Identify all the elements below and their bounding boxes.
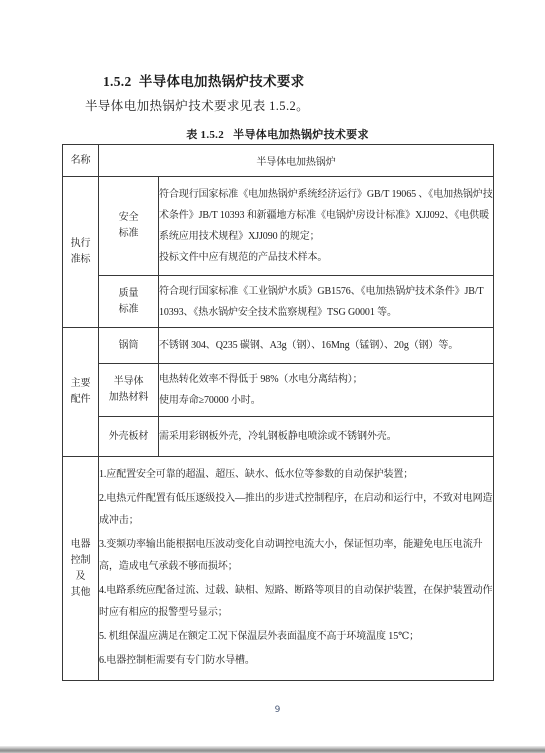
page-number: 9 <box>62 705 493 715</box>
paragraph: 符合现行国家标准《工业锅炉水质》GB1576、《电加热锅炉技术条件》JB/T 1… <box>159 281 493 323</box>
row-heating-material: 半导体 加热材料 电热转化效率不得低于 98%（水电分离结构）； 使用寿命≥70… <box>63 364 494 417</box>
cell-quality-standard-content: 符合现行国家标准《工业锅炉水质》GB1576、《电加热锅炉技术条件》JB/T 1… <box>159 276 494 328</box>
list-item: 6.电器控制柜需要有专门防水导槽。 <box>99 650 493 672</box>
row-name: 名称 半导体电加热锅炉 <box>63 145 494 177</box>
row-boiler-drum: 主要 配件 锅筒 不锈钢 304、Q235 碳钢、A3g（钢）、16Mng（锰钢… <box>63 328 494 364</box>
list-item: 1.应配置安全可靠的超温、超压、缺水、低水位等参数的自动保护装置； <box>99 464 493 486</box>
cell-boiler-drum-label: 锅筒 <box>99 328 159 364</box>
cell-safety-standard-label: 安全 标准 <box>99 177 159 276</box>
list-item: 5. 机组保温应满足在额定工况下保温层外表面温度不高于环境温度 15℃； <box>99 626 493 648</box>
list-item: 4.电路系统应配备过流、过载、缺相、短路、断路等项目的自动保护装置，在保护装置动… <box>99 580 493 624</box>
row-electric-control: 电器 控制 及 其他 1.应配置安全可靠的超温、超压、缺水、低水位等参数的自动保… <box>63 457 494 681</box>
cell-heating-material-label: 半导体 加热材料 <box>99 364 159 417</box>
list-item: 3.变频功率输出能根据电压波动变化自动调控电流大小，保证恒功率，能避免电压电流升… <box>99 534 493 578</box>
cell-main-parts-label: 主要 配件 <box>63 328 99 457</box>
cell-name-value: 半导体电加热锅炉 <box>99 145 494 177</box>
cell-name-label: 名称 <box>63 145 99 177</box>
cell-exec-standard-label: 执行 准标 <box>63 177 99 328</box>
table-caption: 表 1.5.2 半导体电加热锅炉技术要求 <box>62 126 493 142</box>
page-edge-shadow <box>0 746 545 753</box>
cell-heating-material-content: 电热转化效率不得低于 98%（水电分离结构）； 使用寿命≥70000 小时。 <box>159 364 494 417</box>
intro-paragraph: 半导体电加热锅炉技术要求见表 1.5.2。 <box>85 96 309 114</box>
spec-table: 名称 半导体电加热锅炉 执行 准标 安全 标准 符合现行国家标准《电加热锅炉系统… <box>62 144 494 681</box>
document-page: { "doc": { "heading": "1.5.2 半导体电加热锅炉技术要… <box>0 0 545 753</box>
cell-electric-control-label: 电器 控制 及 其他 <box>63 457 99 681</box>
cell-electric-control-content: 1.应配置安全可靠的超温、超压、缺水、低水位等参数的自动保护装置； 2.电热元件… <box>99 457 494 681</box>
cell-boiler-drum-content: 不锈钢 304、Q235 碳钢、A3g（钢）、16Mng（锰钢）、20g（钢）等… <box>159 328 494 364</box>
row-quality-standard: 质量 标准 符合现行国家标准《工业锅炉水质》GB1576、《电加热锅炉技术条件》… <box>63 276 494 328</box>
row-safety-standard: 执行 准标 安全 标准 符合现行国家标准《电加热锅炉系统经济运行》GB/T 19… <box>63 177 494 276</box>
section-heading: 1.5.2 半导体电加热锅炉技术要求 <box>103 70 304 90</box>
paragraph: 电热转化效率不得低于 98%（水电分离结构）； <box>159 369 493 390</box>
paragraph: 需采用彩钢板外壳，冷轧钢板静电喷涂或不锈钢外壳。 <box>159 426 493 447</box>
cell-shell-plate-content: 需采用彩钢板外壳，冷轧钢板静电喷涂或不锈钢外壳。 <box>159 417 494 457</box>
paragraph: 投标文件中应有规范的产品技术样本。 <box>159 247 493 268</box>
cell-safety-standard-content: 符合现行国家标准《电加热锅炉系统经济运行》GB/T 19065 、《电加热锅炉技… <box>159 177 494 276</box>
row-shell-plate: 外壳板材 需采用彩钢板外壳，冷轧钢板静电喷涂或不锈钢外壳。 <box>63 417 494 457</box>
cell-quality-standard-label: 质量 标准 <box>99 276 159 328</box>
cell-shell-plate-label: 外壳板材 <box>99 417 159 457</box>
paragraph: 符合现行国家标准《电加热锅炉系统经济运行》GB/T 19065 、《电加热锅炉技… <box>159 184 493 247</box>
list-item: 2.电热元件配置有低压逐级投入—推出的步进式控制程序，在启动和运行中，不致对电网… <box>99 488 493 532</box>
paragraph: 使用寿命≥70000 小时。 <box>159 390 493 411</box>
paragraph: 不锈钢 304、Q235 碳钢、A3g（钢）、16Mng（锰钢）、20g（钢）等… <box>159 335 493 356</box>
